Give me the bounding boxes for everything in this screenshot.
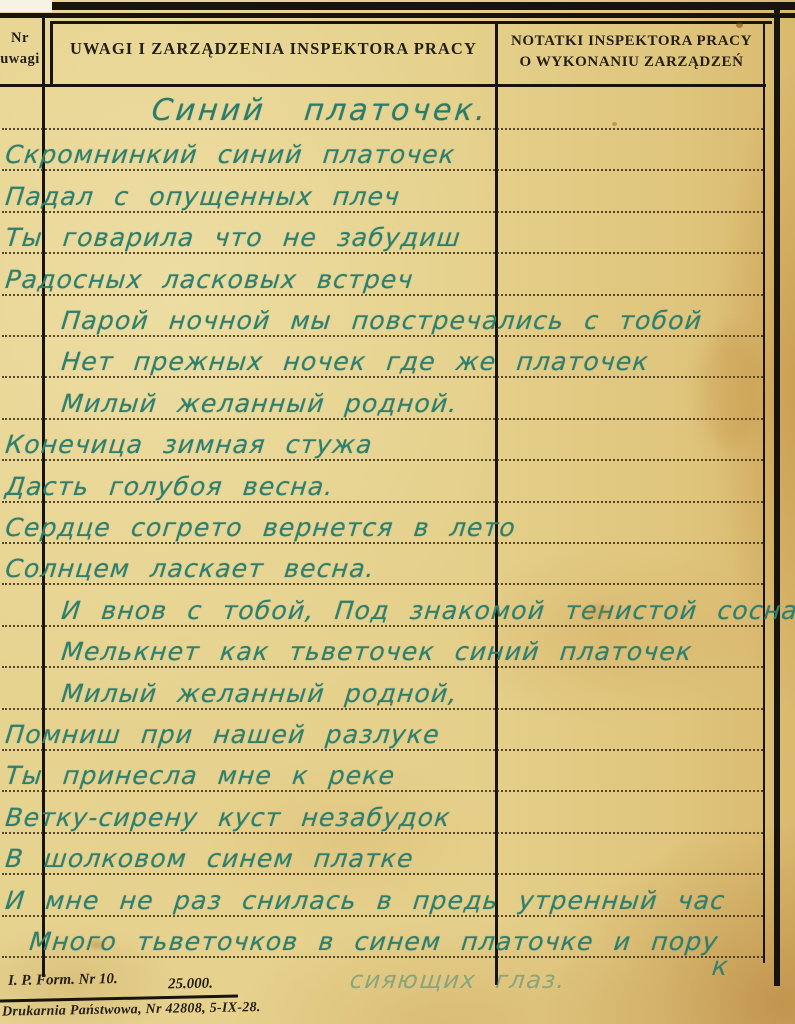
- scan-corner-gap: [0, 0, 52, 12]
- handwritten-line: Сердце согрето вернется в лето: [4, 506, 518, 542]
- handwritten-line: Падал с опущенных плеч: [4, 175, 403, 211]
- handwritten-title: Синий платочек.: [150, 92, 490, 128]
- handwritten-line: Дасть голубоя весна.: [4, 465, 336, 501]
- header-right-line1: NOTATKI INSPEKTORA PRACY: [497, 31, 766, 52]
- dotted-rule: [2, 376, 763, 378]
- print-run: 25.000.: [168, 976, 213, 994]
- handwritten-line: И мне не раз снилась в предь утренный ча…: [4, 879, 728, 915]
- top-edge-bar: [52, 2, 795, 10]
- scanned-form-page: Nr uwagi UWAGI I ZARZĄDZENIA INSPEKTORA …: [0, 0, 795, 1024]
- dotted-rule: [2, 625, 763, 627]
- header-right-line2: O WYKONANIU ZARZĄDZEŃ: [497, 52, 766, 73]
- dotted-rule: [2, 956, 763, 958]
- handwritten-line: И внов с тобой, Под знакомой тенистой со…: [60, 589, 795, 625]
- middle-column-divider: [495, 21, 498, 985]
- handwritten-line: Солнцем ласкает весна.: [4, 547, 377, 583]
- dotted-rule: [2, 459, 763, 461]
- dotted-rule: [2, 873, 763, 875]
- handwritten-line: Ты принесла мне к реке: [4, 754, 398, 790]
- header-nr-line2: uwagi: [0, 49, 48, 70]
- paper-speck: [90, 940, 104, 949]
- paper-speck: [612, 122, 617, 126]
- dotted-rule: [2, 666, 763, 668]
- handwritten-line: Радосных ласковых встреч: [4, 258, 416, 294]
- paper-speck: [736, 22, 743, 28]
- outer-right-border: [774, 10, 780, 986]
- handwritten-stray-glyph: к: [710, 952, 729, 982]
- dotted-rule: [2, 418, 763, 420]
- handwritten-line: Конечица зимная стужа: [4, 423, 375, 459]
- paper-speck: [584, 604, 610, 620]
- paper-speck: [700, 330, 760, 450]
- dotted-rule: [2, 749, 763, 751]
- handwritten-line: Парой ночной мы повстречались с тобой: [60, 299, 705, 335]
- inner-right-border: [763, 21, 765, 963]
- handwritten-line: Много тьветочков в синем платочке и пору: [28, 920, 721, 956]
- handwritten-line: Помниш при нашей разлуке: [4, 713, 442, 749]
- handwritten-line: Милый желанный родной,: [60, 672, 460, 708]
- header-main-column: UWAGI I ZARZĄDZENIA INSPEKTORA PRACY: [50, 39, 497, 59]
- handwritten-line: В шолковом синем платке: [4, 837, 416, 873]
- dotted-rule: [2, 211, 763, 213]
- header-box-top: [50, 21, 772, 24]
- dotted-rule: [2, 335, 763, 337]
- printer-imprint: Drukarnia Państwowa, Nr 42808, 5-IX-28.: [2, 999, 302, 1020]
- header-right-column: NOTATKI INSPEKTORA PRACY O WYKONANIU ZAR…: [497, 31, 766, 73]
- handwritten-line: Мелькнет как тьветочек синий платочек: [60, 630, 695, 666]
- header-box-bottom: [0, 84, 766, 87]
- handwritten-line: Ветку-сирену куст незабудок: [4, 796, 453, 832]
- dotted-rule: [2, 542, 763, 544]
- dotted-rule: [2, 252, 763, 254]
- table-top-border: [0, 13, 795, 18]
- handwritten-line: Милый желанный родной.: [60, 382, 460, 418]
- handwritten-faint-line: сияющих глаз.: [349, 966, 568, 994]
- dotted-rule: [2, 169, 763, 171]
- handwritten-line: Ты говарила что не забудиш: [4, 216, 463, 252]
- handwritten-line: Скромнинкий синий платочек: [4, 133, 458, 169]
- handwritten-line: Нет прежных ночек где же платочек: [60, 340, 651, 376]
- header-nr-line1: Nr: [0, 28, 48, 49]
- dotted-rule: [2, 583, 763, 585]
- header-nr-uwagi: Nr uwagi: [0, 28, 48, 70]
- dotted-rule: [2, 128, 763, 130]
- dotted-rule: [2, 832, 763, 834]
- dotted-rule: [2, 790, 763, 792]
